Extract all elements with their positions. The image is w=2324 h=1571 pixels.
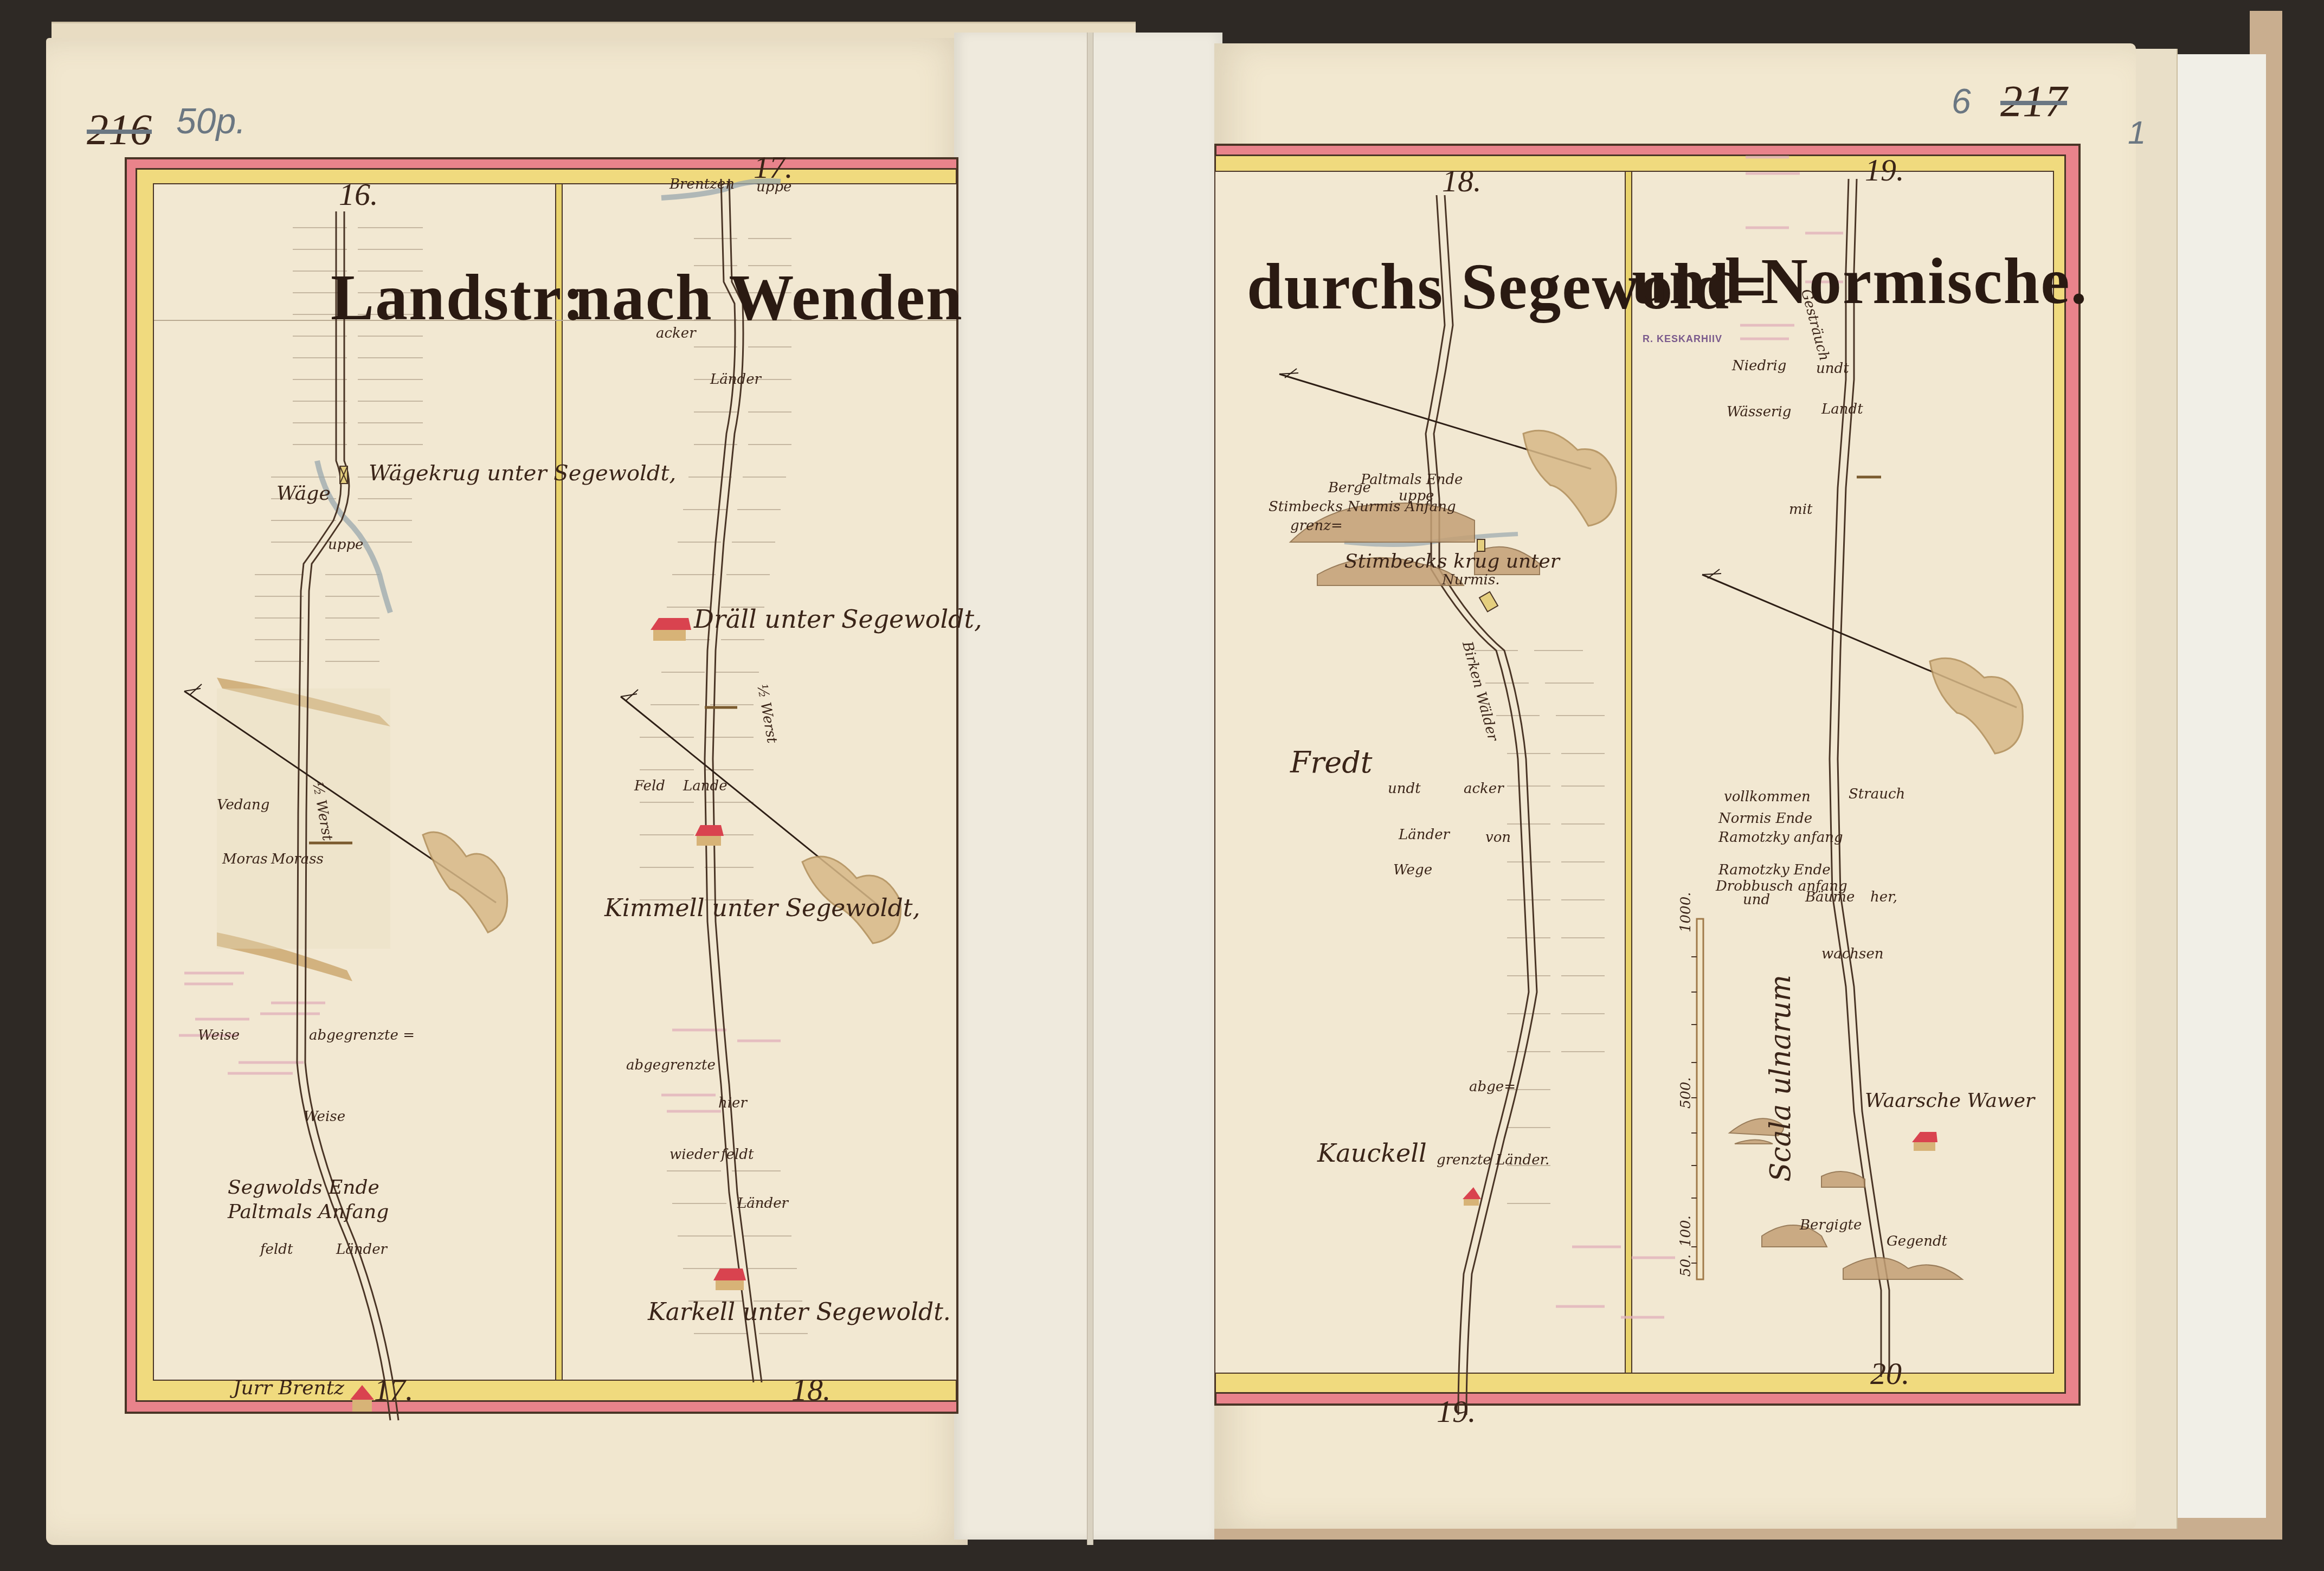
house-drall <box>651 618 691 641</box>
label-undt-1: undt <box>1388 781 1421 797</box>
label-acker-2: acker <box>1464 781 1504 797</box>
label-niedrig: Niedrig <box>1732 358 1786 374</box>
left-title-part1: Landstr: <box>331 260 585 335</box>
label-brentzen: Brentzen <box>669 176 735 192</box>
label-mit: mit <box>1789 501 1812 518</box>
marker-17-left-bottom: 17. <box>374 1372 414 1408</box>
marker-16-left: 16. <box>339 176 378 213</box>
label-ramotzky-anfang: Ramotzky anfang <box>1718 829 1843 846</box>
label-bergigte: Bergigte <box>1800 1217 1862 1233</box>
label-weise-2: Weise <box>304 1109 345 1125</box>
label-baume: Bäume <box>1805 889 1855 905</box>
scale-tick-100: 100. <box>1678 1215 1694 1247</box>
label-wieder: wieder <box>669 1147 718 1163</box>
label-wachsen: wachsen <box>1821 946 1884 962</box>
label-kauckell: Kauckell <box>1317 1138 1427 1168</box>
werst-posts <box>309 477 1881 843</box>
house-kauckell <box>1463 1187 1481 1206</box>
label-moras-1: Moras <box>222 851 268 867</box>
moor-area <box>217 678 390 981</box>
label-strauch: Strauch <box>1849 786 1905 802</box>
map-drawing-layer <box>0 0 2324 1571</box>
label-kimmell: Kimmell unter Segewoldt, <box>604 894 920 922</box>
scale-title: Scala ulnarum <box>1765 975 1797 1182</box>
scale-tick-50: 50. <box>1678 1254 1694 1277</box>
label-lander-3: Länder <box>737 1195 788 1212</box>
label-her: her, <box>1870 889 1897 905</box>
label-landt: Landt <box>1821 401 1863 417</box>
label-ramotzky-ende: Ramotzky Ende <box>1718 862 1831 878</box>
label-segwolds-ende: Segwolds Ende <box>228 1176 379 1199</box>
label-hier: hier <box>718 1095 747 1111</box>
scale-tick-1000: 1000. <box>1678 892 1694 932</box>
house-waarsche <box>1912 1132 1937 1151</box>
label-paltmals-ende: Paltmals Ende <box>1361 472 1463 488</box>
label-vollkommen: vollkommen <box>1724 789 1811 805</box>
label-wege: Wege <box>1393 862 1432 878</box>
label-jurr-brentz: Jurr Brentz <box>233 1377 344 1399</box>
label-abgegrenzte-2: abgegrenzte <box>626 1057 716 1073</box>
label-wasserig: Wässerig <box>1727 404 1791 420</box>
house-jurr-brentz <box>350 1385 374 1412</box>
marker-19-right-bottom: 19. <box>1437 1393 1476 1430</box>
label-fredt: Fredt <box>1290 745 1373 780</box>
archive-stamp: R. KESKARHIIV <box>1643 333 1722 345</box>
label-karkell: Karkell unter Segewoldt. <box>648 1298 951 1326</box>
marker-18-right: 18. <box>1442 163 1482 199</box>
label-lander-4: Länder <box>1399 827 1450 843</box>
label-lander-2: Länder <box>710 371 761 388</box>
label-stimbecks-nurmis-anfang: Stimbecks Nurmis Anfang <box>1269 499 1456 515</box>
label-uppe-1: uppe <box>328 537 363 553</box>
label-acker-1: acker <box>656 325 696 342</box>
label-lande: Lande <box>683 778 728 794</box>
label-wagekrug: Wägekrug unter Segewoldt, <box>369 461 676 486</box>
label-weise-1: Weise <box>198 1027 240 1044</box>
label-undt-2: undt <box>1816 360 1849 377</box>
label-nurmis: Nurmis. <box>1442 572 1500 588</box>
label-lander-1: Länder <box>336 1241 387 1258</box>
left-title-part2: nach Wenden <box>575 260 963 335</box>
label-gegendt: Gegendt <box>1887 1233 1947 1250</box>
label-feldt-2: feldt <box>721 1147 754 1163</box>
label-abgegrenzte-1: abgegrenzte = <box>309 1027 415 1044</box>
road-lines <box>297 179 1889 1420</box>
label-feld: Feld <box>634 778 665 794</box>
marker-20-right: 20. <box>1870 1355 1910 1392</box>
label-drall: Dräll unter Segewoldt, <box>694 604 982 634</box>
right-title-part2: und Normische. <box>1632 244 2088 319</box>
label-waarsche-wawer: Waarsche Wawer <box>1865 1090 2035 1112</box>
marker-18-left: 18. <box>791 1372 831 1408</box>
label-moras-2: Morass <box>271 851 324 867</box>
label-grenzte-lander: grenzte Länder. <box>1437 1152 1549 1168</box>
label-vedang: Vedang <box>217 797 269 813</box>
label-uppe-2: uppe <box>756 179 791 195</box>
label-wage-river: Wäge <box>276 482 331 505</box>
marker-19-right-top: 19. <box>1865 152 1904 188</box>
scale-tick-500: 500. <box>1678 1077 1694 1109</box>
label-feldt-1: feldt <box>260 1241 293 1258</box>
label-grenz: grenz= <box>1290 518 1343 534</box>
house-kimmell <box>695 825 724 846</box>
label-abge: abge= <box>1469 1079 1516 1095</box>
label-von: von <box>1485 829 1511 846</box>
label-stimbecks-krug: Stimbecks krug unter <box>1344 550 1560 572</box>
house-karkell <box>713 1269 746 1290</box>
label-und: und <box>1743 892 1770 908</box>
label-paltmals-anfang: Paltmals Anfang <box>228 1201 389 1223</box>
label-normis-ende: Normis Ende <box>1718 810 1812 827</box>
